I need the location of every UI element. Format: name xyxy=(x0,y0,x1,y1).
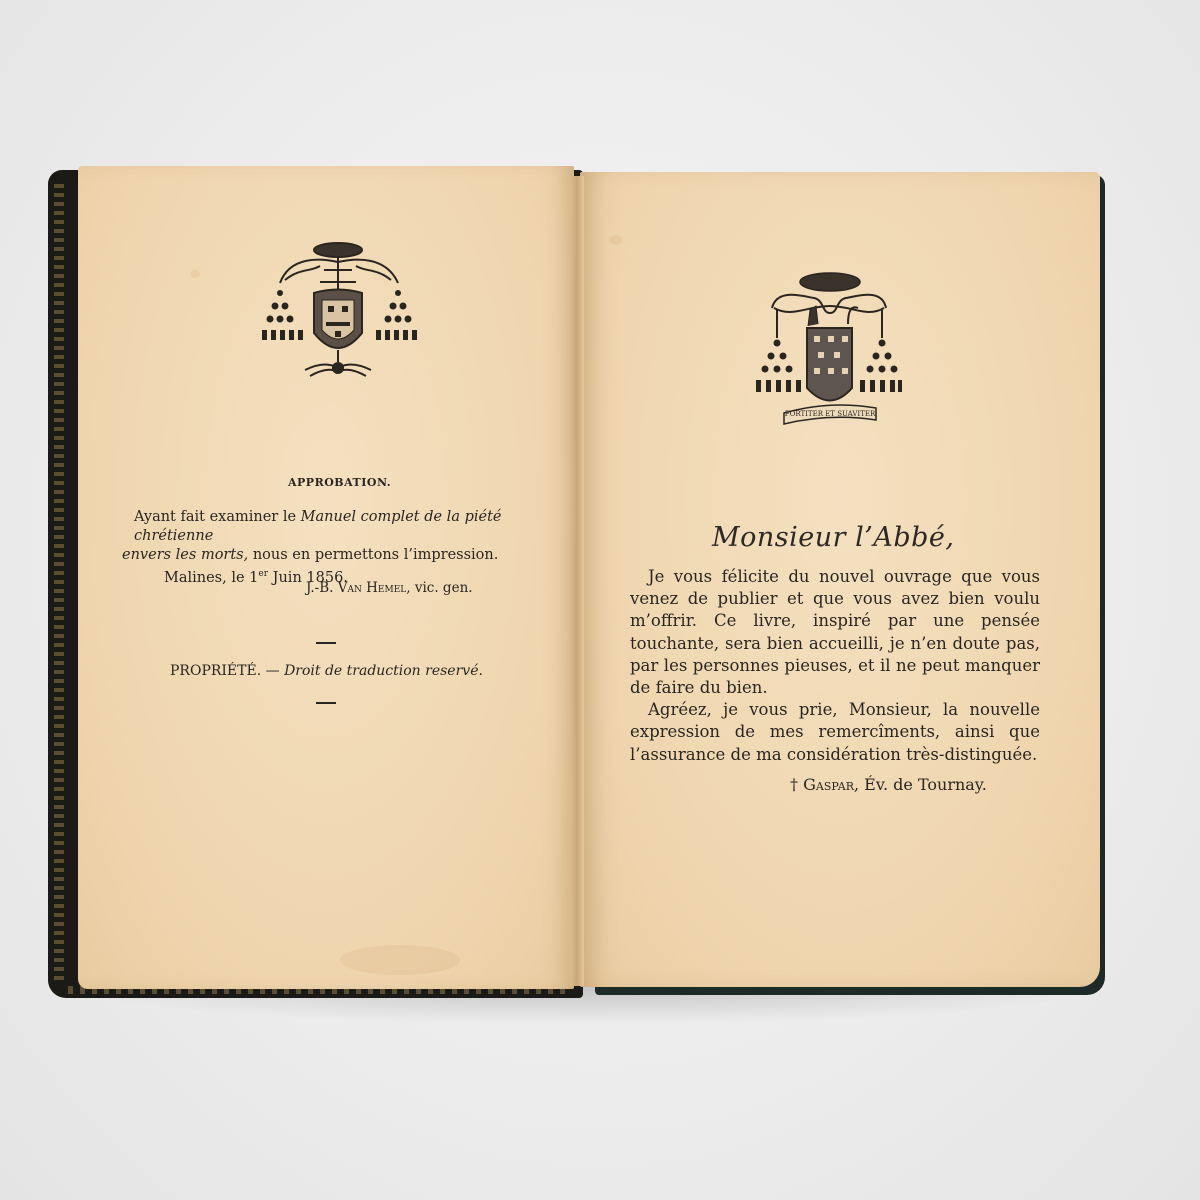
approbation-text: Ayant fait examiner le Manuel complet de… xyxy=(122,508,542,588)
paper-stain xyxy=(610,235,622,245)
rights-notice: PROPRIÉTÉ. — Droit de traduction reservé… xyxy=(170,663,483,679)
letter-paragraph: Je vous félicite du nouvel ouvrage que v… xyxy=(630,566,1040,699)
cardinal-coat-of-arms-icon xyxy=(250,238,430,388)
book-gutter xyxy=(570,176,584,986)
approbation-line: Ayant fait examiner le xyxy=(134,509,301,525)
motto-text: FORTITER ET SUAVITER xyxy=(785,410,876,418)
letter-body: Je vous félicite du nouvel ouvrage que v… xyxy=(630,566,1040,766)
rights-label: PROPRIÉTÉ. — xyxy=(170,663,284,679)
approbation-heading: APPROBATION. xyxy=(288,476,391,489)
divider xyxy=(316,642,336,644)
paper-stain xyxy=(190,270,200,278)
bishop-coat-of-arms-icon: FORTITER ET SUAVITER xyxy=(752,268,902,428)
water-stain xyxy=(340,945,460,975)
cross-icon: † xyxy=(790,775,803,794)
rights-text: Droit de traduction reservé. xyxy=(284,663,483,679)
salutation: Monsieur l’Abbé, xyxy=(712,522,954,553)
signature-name: Van Hemel xyxy=(338,580,407,596)
approbation-line: nous en permettons l’impression. xyxy=(248,547,498,563)
book-title-italic: envers les morts, xyxy=(122,547,248,563)
letter-paragraph: Agréez, je vous prie, Monsieur, la nouve… xyxy=(630,699,1040,766)
signature-initials: J.-B. xyxy=(306,580,338,596)
signature-name: Gaspar xyxy=(803,775,854,794)
divider xyxy=(316,702,336,704)
signature-title: , Év. de Tournay. xyxy=(854,775,987,794)
signature-title: , vic. gen. xyxy=(406,580,472,596)
date-superscript: er xyxy=(258,569,268,579)
approbation-date: Malines, le 1 xyxy=(164,570,258,586)
approbation-signature: J.-B. Van Hemel, vic. gen. xyxy=(306,580,473,596)
letter-signature: † Gaspar, Év. de Tournay. xyxy=(790,775,987,794)
